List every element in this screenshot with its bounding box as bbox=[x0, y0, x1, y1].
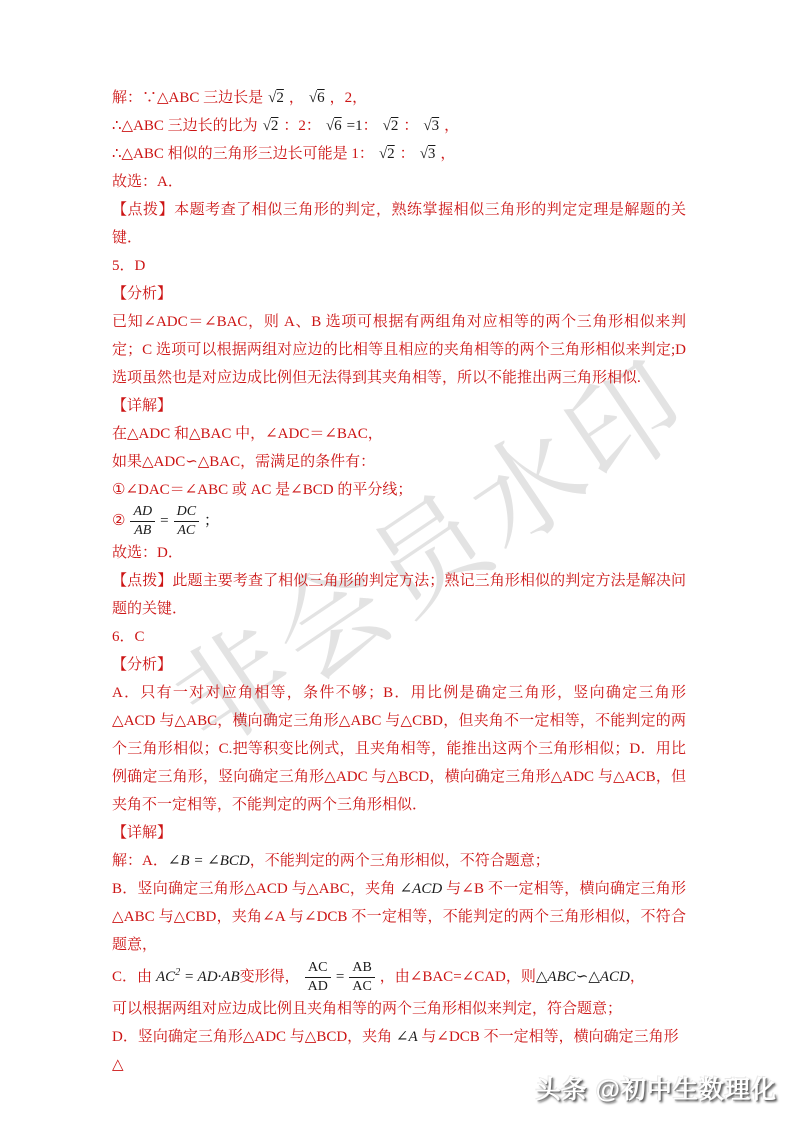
paragraph-19: 【详解】 bbox=[112, 819, 686, 847]
paragraph-9: 【详解】 bbox=[112, 392, 686, 420]
text-run-red: ，2， bbox=[330, 90, 368, 106]
text-run-black: = bbox=[336, 969, 344, 985]
text-run-red: 如果△ADC∽△BAC，需满足的条件有： bbox=[112, 454, 375, 470]
text-run-red: ，由∠BAC=∠CAD，则 bbox=[380, 969, 536, 985]
text-run-red: ∴△ABC 相似的三角形三边长可能是 1： bbox=[112, 146, 374, 162]
sqrt-expression: √3 bbox=[420, 146, 436, 162]
math-italic-run: ∠ACD bbox=[400, 881, 443, 897]
paragraph-1: 解：∵△ABC 三边长是√2，√6，2， bbox=[112, 84, 686, 112]
text-run-red: D．竖向确定三角形△ADC 与△BCD，夹角 bbox=[112, 1029, 396, 1045]
text-run-red: ，不能判定的两个三角形相似，不符合题意； bbox=[250, 853, 550, 869]
paragraph-21: B．竖向确定三角形△ACD 与△ABC，夹角 ∠ACD 与∠B 不一定相等，横向… bbox=[112, 875, 686, 959]
text-run-red: ： bbox=[403, 118, 418, 134]
radicand: 2 bbox=[387, 146, 395, 162]
fraction: ABAC bbox=[349, 960, 374, 995]
text-run-red: ② bbox=[112, 513, 125, 529]
text-run-red: ， bbox=[630, 969, 645, 985]
radicand: 2 bbox=[271, 118, 279, 134]
paragraph-23: 可以根据两组对应边成比例且夹角相等的两个三角形相似来判定，符合题意； bbox=[112, 995, 686, 1023]
fraction-denominator: AC bbox=[349, 978, 374, 995]
text-run-red: 【分析】 bbox=[112, 657, 172, 673]
text-run-black: ； bbox=[204, 513, 219, 529]
text-run-red: ： bbox=[363, 118, 378, 134]
fraction: ACAD bbox=[305, 960, 331, 995]
math-italic-run: ∠B = ∠BCD bbox=[168, 853, 250, 869]
text-run-red: 【详解】 bbox=[112, 398, 172, 414]
paragraph-20: 解：A．∠B = ∠BCD，不能判定的两个三角形相似，不符合题意； bbox=[112, 847, 686, 875]
math-italic-run: = AD·AB bbox=[180, 969, 239, 985]
text-run-red: ：2： bbox=[283, 118, 321, 134]
fraction-denominator: AB bbox=[130, 522, 155, 539]
paragraph-16: 6．C bbox=[112, 623, 686, 651]
fraction-numerator: AD bbox=[130, 504, 155, 522]
text-run-red: 故选：A． bbox=[112, 174, 183, 190]
document-content: 解：∵△ABC 三边长是√2，√6，2，∴△ABC 三边长的比为√2：2：√6=… bbox=[112, 84, 686, 1079]
math-italic-run: △ABC∽△ACD bbox=[536, 969, 630, 985]
text-run-red: 【点拨】此题主要考查了相似三角形的判定方法；熟记三角形相似的判定方法是解决问题的… bbox=[112, 573, 686, 617]
text-run-red: ①∠DAC＝∠ABC 或 AC 是∠BCD 的平分线； bbox=[112, 482, 412, 498]
sqrt-expression: √2 bbox=[263, 118, 279, 134]
fraction-denominator: AC bbox=[174, 522, 199, 539]
sqrt-expression: √2 bbox=[379, 146, 395, 162]
paragraph-11: 如果△ADC∽△BAC，需满足的条件有： bbox=[112, 448, 686, 476]
text-run-red: ， bbox=[289, 90, 304, 106]
sqrt-expression: √3 bbox=[423, 118, 439, 134]
toutiao-watermark: 头条 @初中生数理化 bbox=[536, 1070, 777, 1106]
paragraph-10: 在△ADC 和△BAC 中，∠ADC＝∠BAC， bbox=[112, 420, 686, 448]
text-run-red: 6．C bbox=[112, 629, 145, 645]
paragraph-2: ∴△ABC 三边长的比为√2：2：√6=1：√2：√3， bbox=[112, 112, 686, 140]
text-run-red: ， bbox=[440, 146, 455, 162]
sqrt-expression: √6 bbox=[309, 90, 325, 106]
fraction-numerator: DC bbox=[174, 504, 199, 522]
text-run-red: 已知∠ADC＝∠BAC，则 A、B 选项可根据有两组角对应相等的两个三角形相似来… bbox=[112, 314, 686, 386]
text-run-red: 【点拨】本题考查了相似三角形的判定，熟练掌握相似三角形的判定定理是解题的关键． bbox=[112, 202, 686, 246]
text-run-red: 5．D bbox=[112, 258, 145, 274]
fraction-numerator: AC bbox=[305, 960, 331, 978]
text-run-red: 可以根据两组对应边成比例且夹角相等的两个三角形相似来判定，符合题意； bbox=[112, 1001, 622, 1017]
radicand: 2 bbox=[276, 90, 284, 106]
text-run-red: 【详解】 bbox=[112, 825, 172, 841]
radicand: 3 bbox=[428, 146, 436, 162]
paragraph-6: 5．D bbox=[112, 252, 686, 280]
text-run-red: A．只有一对对应角相等，条件不够；B．用比例是确定三角形，竖向确定三角形△ACD… bbox=[112, 685, 686, 813]
power-expression: AC2 bbox=[156, 969, 180, 985]
text-run-black: =1 bbox=[347, 118, 363, 134]
sqrt-expression: √2 bbox=[268, 90, 284, 106]
text-run-red: 故选：D． bbox=[112, 545, 183, 561]
paragraph-7: 【分析】 bbox=[112, 280, 686, 308]
text-run-red: C．由 bbox=[112, 969, 152, 985]
paragraph-5: 【点拨】本题考查了相似三角形的判定，熟练掌握相似三角形的判定定理是解题的关键． bbox=[112, 196, 686, 252]
paragraph-17: 【分析】 bbox=[112, 651, 686, 679]
fraction-denominator: AD bbox=[305, 978, 331, 995]
radicand: 6 bbox=[334, 118, 342, 134]
radicand: 3 bbox=[432, 118, 440, 134]
text-run-red: B．竖向确定三角形△ACD 与△ABC，夹角 bbox=[112, 881, 400, 897]
sqrt-expression: √2 bbox=[383, 118, 399, 134]
fraction: DCAC bbox=[174, 504, 199, 539]
text-run-red: 变形得， bbox=[240, 969, 300, 985]
text-run-red: 解：A． bbox=[112, 853, 168, 869]
text-run-red: 在△ADC 和△BAC 中，∠ADC＝∠BAC， bbox=[112, 426, 383, 442]
text-run-red: 解：∵△ABC 三边长是 bbox=[112, 90, 263, 106]
paragraph-15: 【点拨】此题主要考查了相似三角形的判定方法；熟记三角形相似的判定方法是解决问题的… bbox=[112, 567, 686, 623]
text-run-red: ∴△ABC 三边长的比为 bbox=[112, 118, 258, 134]
paragraph-8: 已知∠ADC＝∠BAC，则 A、B 选项可根据有两组角对应相等的两个三角形相似来… bbox=[112, 308, 686, 392]
paragraph-14: 故选：D． bbox=[112, 539, 686, 567]
text-run-red: ： bbox=[400, 146, 415, 162]
sqrt-expression: √6 bbox=[326, 118, 342, 134]
paragraph-13: ②ADAB=DCAC； bbox=[112, 504, 686, 539]
paragraph-12: ①∠DAC＝∠ABC 或 AC 是∠BCD 的平分线； bbox=[112, 476, 686, 504]
paragraph-3: ∴△ABC 相似的三角形三边长可能是 1：√2：√3， bbox=[112, 140, 686, 168]
radicand: 2 bbox=[391, 118, 399, 134]
text-run-black: = bbox=[160, 513, 168, 529]
math-italic-run: ∠A bbox=[396, 1029, 418, 1045]
text-run-red: ， bbox=[444, 118, 459, 134]
document-page: 非会员水印 解：∵△ABC 三边长是√2，√6，2，∴△ABC 三边长的比为√2… bbox=[0, 0, 793, 1122]
radicand: 6 bbox=[317, 90, 325, 106]
paragraph-22: C．由AC2 = AD·AB变形得，ACAD=ABAC，由∠BAC=∠CAD，则… bbox=[112, 959, 686, 995]
text-run-red: 【分析】 bbox=[112, 286, 172, 302]
paragraph-18: A．只有一对对应角相等，条件不够；B．用比例是确定三角形，竖向确定三角形△ACD… bbox=[112, 679, 686, 819]
fraction-numerator: AB bbox=[349, 960, 374, 978]
fraction: ADAB bbox=[130, 504, 155, 539]
paragraph-4: 故选：A． bbox=[112, 168, 686, 196]
